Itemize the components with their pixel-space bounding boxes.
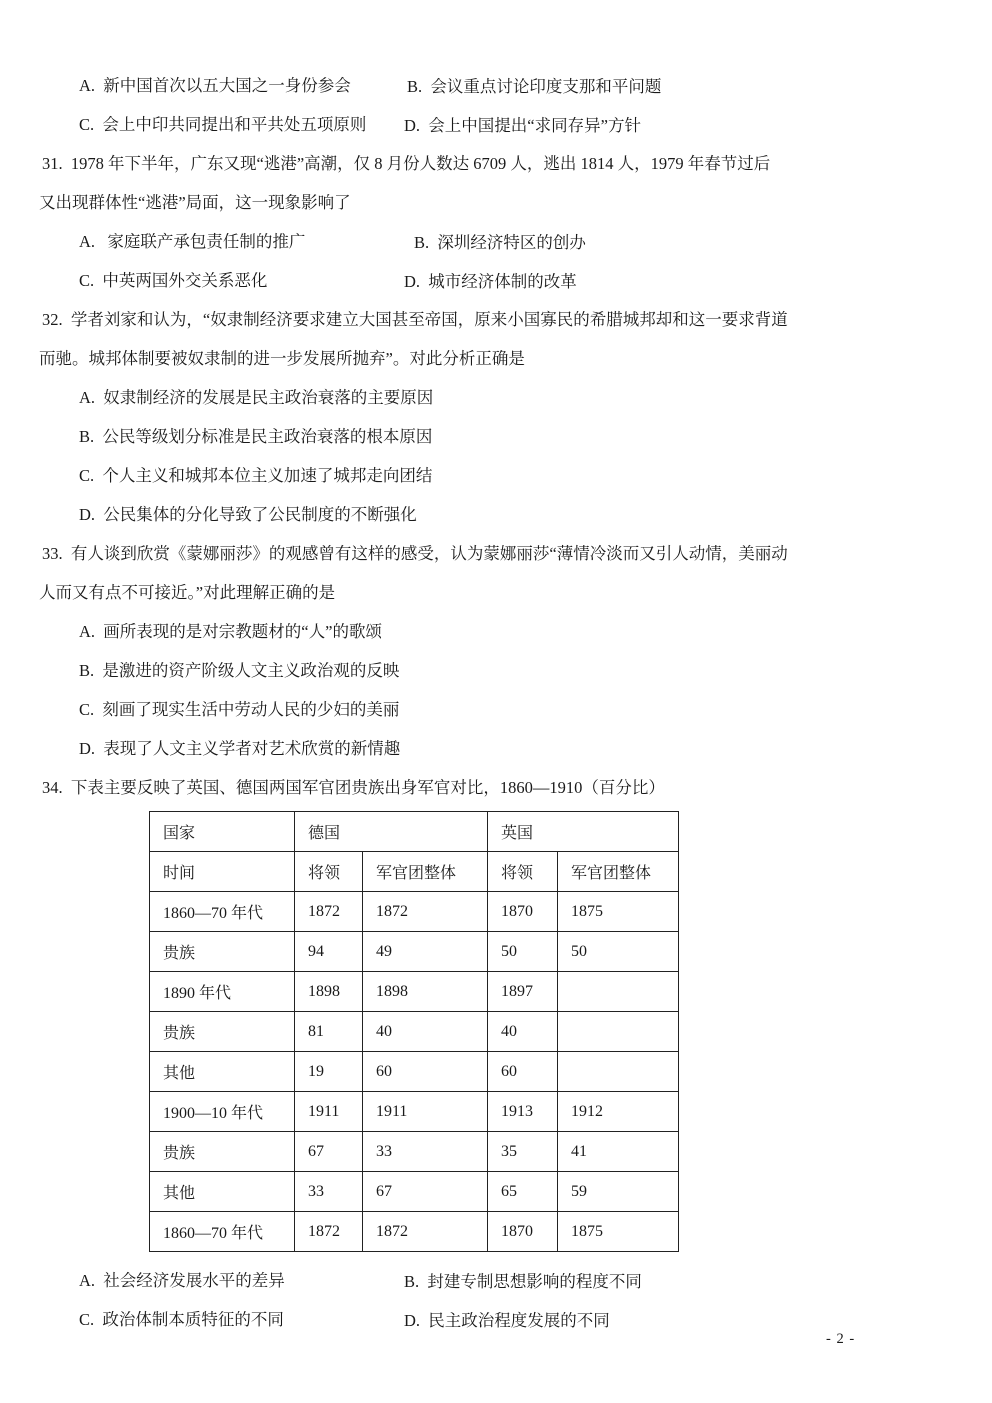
table-cell: 1870 — [488, 892, 558, 932]
text: 31. 1978 年下半年，广东又现“逃港”高潮，仅 8 月份人数达 6709 … — [42, 156, 770, 173]
text: D. 公民集体的分化导致了公民制度的不断强化 — [79, 507, 417, 524]
table-cell: 将领 — [295, 852, 363, 892]
table-cell: 40 — [488, 1012, 558, 1052]
table-cell: 59 — [558, 1172, 679, 1212]
table-row: 时间将领军官团整体将领军官团整体 — [150, 852, 679, 892]
table-cell: 81 — [295, 1012, 363, 1052]
question-32-option-d: D. 公民集体的分化导致了公民制度的不断强化 — [0, 496, 992, 535]
question-33-option-a: A. 画所表现的是对宗教题材的“人”的歌颂 — [0, 613, 992, 652]
document-page: A. 新中国首次以五大国之一身份参会B. 会议重点讨论印度支那和平问题C. 会上… — [0, 0, 992, 1403]
table-cell: 1913 — [488, 1092, 558, 1132]
option-right: D. 城市经济体制的改革 — [404, 273, 577, 290]
table-cell: 1872 — [363, 1212, 488, 1252]
question-32-option-b: B. 公民等级划分标准是民主政治衰落的根本原因 — [0, 418, 992, 457]
table-row: 1860—70 年代1872187218701875 — [150, 892, 679, 932]
question-33-stem-line-2: 人而又有点不可接近。”对此理解正确的是 — [0, 574, 992, 613]
table-row: 国家德国英国 — [150, 812, 679, 852]
question-32-option-a: A. 奴隶制经济的发展是民主政治衰落的主要原因 — [0, 379, 992, 418]
text: 而驰。城邦体制要被奴隶制的进一步发展所抛弃”。对此分析正确是 — [39, 351, 525, 368]
table-cell: 其他 — [150, 1052, 295, 1092]
table-row: 贵族67333541 — [150, 1132, 679, 1172]
table-cell — [558, 1012, 679, 1052]
table-cell: 其他 — [150, 1172, 295, 1212]
table-cell: 1875 — [558, 1212, 679, 1252]
table-cell: 33 — [363, 1132, 488, 1172]
text: C. 个人主义和城邦本位主义加速了城邦走向团结 — [79, 468, 432, 485]
table-cell: 1872 — [295, 892, 363, 932]
option-right: B. 封建专制思想影响的程度不同 — [404, 1273, 642, 1290]
table-row: 其他33676559 — [150, 1172, 679, 1212]
table-cell: 40 — [363, 1012, 488, 1052]
table-cell: 贵族 — [150, 1012, 295, 1052]
table-cell: 35 — [488, 1132, 558, 1172]
option-right: B. 深圳经济特区的创办 — [414, 234, 586, 251]
table-cell: 50 — [488, 932, 558, 972]
question-31-stem-line-2: 又出现群体性“逃港”局面，这一现象影响了 — [0, 184, 992, 223]
table-cell: 1911 — [295, 1092, 363, 1132]
option-pair-line: A. 社会经济发展水平的差异B. 封建专制思想影响的程度不同 — [0, 1262, 992, 1301]
table-cell: 41 — [558, 1132, 679, 1172]
table-cell: 1872 — [363, 892, 488, 932]
table-row: 1900—10 年代1911191119131912 — [150, 1092, 679, 1132]
table-cell: 1890 年代 — [150, 972, 295, 1012]
page-number: - 2 - — [826, 1331, 855, 1348]
question-32-stem-line-1: 32. 学者刘家和认为，“奴隶制经济要求建立大国甚至帝国，原来小国寡民的希腊城邦… — [0, 301, 992, 340]
table-cell: 1898 — [363, 972, 488, 1012]
text: D. 表现了人文主义学者对艺术欣赏的新情趣 — [79, 741, 400, 758]
option-pair-line: C. 中英两国外交关系恶化D. 城市经济体制的改革 — [0, 262, 992, 301]
question-33-option-c: C. 刻画了现实生活中劳动人民的少妇的美丽 — [0, 691, 992, 730]
text: C. 刻画了现实生活中劳动人民的少妇的美丽 — [79, 702, 399, 719]
document-body: A. 新中国首次以五大国之一身份参会B. 会议重点讨论印度支那和平问题C. 会上… — [0, 67, 992, 1340]
question-34-stem: 34. 下表主要反映了英国、德国两国军官团贵族出身军官对比，1860—1910（… — [0, 769, 992, 808]
text: A. 奴隶制经济的发展是民主政治衰落的主要原因 — [79, 390, 433, 407]
table-cell: 军官团整体 — [363, 852, 488, 892]
table-row: 1860—70 年代1872187218701875 — [150, 1212, 679, 1252]
table-cell: 时间 — [150, 852, 295, 892]
option-left: C. 会上中印共同提出和平共处五项原则 — [79, 117, 366, 134]
table-cell: 67 — [295, 1132, 363, 1172]
table-row: 贵族814040 — [150, 1012, 679, 1052]
table-cell: 49 — [363, 932, 488, 972]
question-32-stem-line-2: 而驰。城邦体制要被奴隶制的进一步发展所抛弃”。对此分析正确是 — [0, 340, 992, 379]
question-31-stem-line-1: 31. 1978 年下半年，广东又现“逃港”高潮，仅 8 月份人数达 6709 … — [0, 145, 992, 184]
table-cell: 英国 — [488, 812, 679, 852]
table-cell: 94 — [295, 932, 363, 972]
table-cell: 1875 — [558, 892, 679, 932]
table-row: 其他196060 — [150, 1052, 679, 1092]
table-cell: 65 — [488, 1172, 558, 1212]
table-cell: 贵族 — [150, 932, 295, 972]
table-cell — [558, 1052, 679, 1092]
table-cell: 60 — [488, 1052, 558, 1092]
text: 33. 有人谈到欣赏《蒙娜丽莎》的观感曾有这样的感受，认为蒙娜丽莎“薄情冷淡而又… — [42, 546, 788, 563]
table-cell: 33 — [295, 1172, 363, 1212]
table-row: 1890 年代189818981897 — [150, 972, 679, 1012]
table-cell: 德国 — [295, 812, 488, 852]
question-33-option-b: B. 是激进的资产阶级人文主义政治观的反映 — [0, 652, 992, 691]
option-pair-line: A. 新中国首次以五大国之一身份参会B. 会议重点讨论印度支那和平问题 — [0, 67, 992, 106]
text: A. 画所表现的是对宗教题材的“人”的歌颂 — [79, 624, 382, 641]
table-cell: 1872 — [295, 1212, 363, 1252]
table-cell: 1870 — [488, 1212, 558, 1252]
text: 人而又有点不可接近。”对此理解正确的是 — [39, 585, 335, 602]
option-pair-line: A. 家庭联产承包责任制的推广B. 深圳经济特区的创办 — [0, 223, 992, 262]
text: 34. 下表主要反映了英国、德国两国军官团贵族出身军官对比，1860—1910（… — [42, 780, 665, 797]
table-cell: 贵族 — [150, 1132, 295, 1172]
table-cell: 60 — [363, 1052, 488, 1092]
table-cell: 67 — [363, 1172, 488, 1212]
table-cell: 国家 — [150, 812, 295, 852]
option-right: D. 民主政治程度发展的不同 — [404, 1312, 610, 1329]
table-cell: 50 — [558, 932, 679, 972]
table-cell: 1900—10 年代 — [150, 1092, 295, 1132]
table-cell: 1860—70 年代 — [150, 1212, 295, 1252]
question-32-option-c: C. 个人主义和城邦本位主义加速了城邦走向团结 — [0, 457, 992, 496]
option-left: A. 新中国首次以五大国之一身份参会 — [79, 78, 351, 95]
text: B. 公民等级划分标准是民主政治衰落的根本原因 — [79, 429, 432, 446]
table-cell: 1911 — [363, 1092, 488, 1132]
text: B. 是激进的资产阶级人文主义政治观的反映 — [79, 663, 399, 680]
table-cell: 19 — [295, 1052, 363, 1092]
option-left: A. 社会经济发展水平的差异 — [79, 1273, 285, 1290]
table-cell: 1897 — [488, 972, 558, 1012]
question-33-stem-line-1: 33. 有人谈到欣赏《蒙娜丽莎》的观感曾有这样的感受，认为蒙娜丽莎“薄情冷淡而又… — [0, 535, 992, 574]
question-33-option-d: D. 表现了人文主义学者对艺术欣赏的新情趣 — [0, 730, 992, 769]
table-row: 贵族94495050 — [150, 932, 679, 972]
table-cell: 1912 — [558, 1092, 679, 1132]
option-right: D. 会上中国提出“求同存异”方针 — [404, 117, 641, 134]
option-left: A. 家庭联产承包责任制的推广 — [79, 234, 305, 251]
text: 32. 学者刘家和认为，“奴隶制经济要求建立大国甚至帝国，原来小国寡民的希腊城邦… — [42, 312, 788, 329]
option-pair-line: C. 会上中印共同提出和平共处五项原则D. 会上中国提出“求同存异”方针 — [0, 106, 992, 145]
table-cell: 1860—70 年代 — [150, 892, 295, 932]
table-cell: 军官团整体 — [558, 852, 679, 892]
option-left: C. 政治体制本质特征的不同 — [79, 1312, 284, 1329]
text: 又出现群体性“逃港”局面，这一现象影响了 — [39, 195, 351, 212]
officer-comparison-table: 国家德国英国时间将领军官团整体将领军官团整体1860—70 年代18721872… — [149, 811, 679, 1252]
table-cell: 1898 — [295, 972, 363, 1012]
option-right: B. 会议重点讨论印度支那和平问题 — [407, 78, 661, 95]
table-cell: 将领 — [488, 852, 558, 892]
option-left: C. 中英两国外交关系恶化 — [79, 273, 267, 290]
table-cell — [558, 972, 679, 1012]
